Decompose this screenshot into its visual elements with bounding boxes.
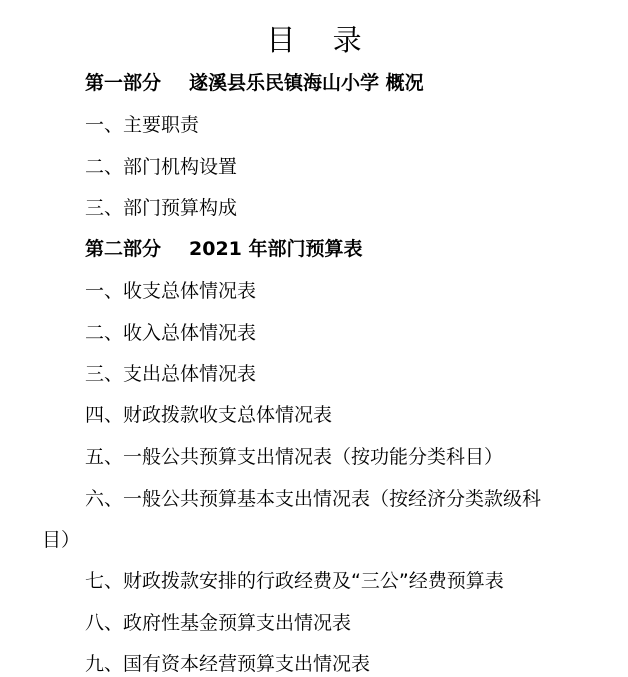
toc-item[interactable]: 八、政府性基金预算支出情况表: [85, 610, 351, 636]
toc-item-continuation[interactable]: 目）: [42, 527, 80, 553]
toc-item[interactable]: 四、财政拨款收支总体情况表: [85, 402, 332, 428]
page-title: 目 录: [0, 22, 628, 58]
toc-item[interactable]: 一、主要职责: [85, 112, 199, 138]
part1-label: 第一部分: [85, 72, 161, 94]
toc-item[interactable]: 九、国有资本经营预算支出情况表: [85, 651, 370, 677]
toc-item[interactable]: 七、财政拨款安排的行政经费及“三公”经费预算表: [85, 568, 504, 594]
toc-item[interactable]: 三、支出总体情况表: [85, 361, 256, 387]
toc-item[interactable]: 五、一般公共预算支出情况表（按功能分类科目）: [85, 444, 503, 470]
toc-item[interactable]: 一、收支总体情况表: [85, 278, 256, 304]
part2-name: 2021 年部门预算表: [189, 238, 363, 260]
part2-heading: 第二部分2021 年部门预算表: [85, 236, 363, 262]
toc-item[interactable]: 六、一般公共预算基本支出情况表（按经济分类款级科: [85, 486, 541, 512]
part1-name: 遂溪县乐民镇海山小学 概况: [189, 72, 424, 94]
toc-item[interactable]: 二、部门机构设置: [85, 154, 237, 180]
toc-item[interactable]: 二、收入总体情况表: [85, 320, 256, 346]
part2-label: 第二部分: [85, 238, 161, 260]
toc-item[interactable]: 三、部门预算构成: [85, 195, 237, 221]
part1-heading: 第一部分遂溪县乐民镇海山小学 概况: [85, 70, 424, 96]
